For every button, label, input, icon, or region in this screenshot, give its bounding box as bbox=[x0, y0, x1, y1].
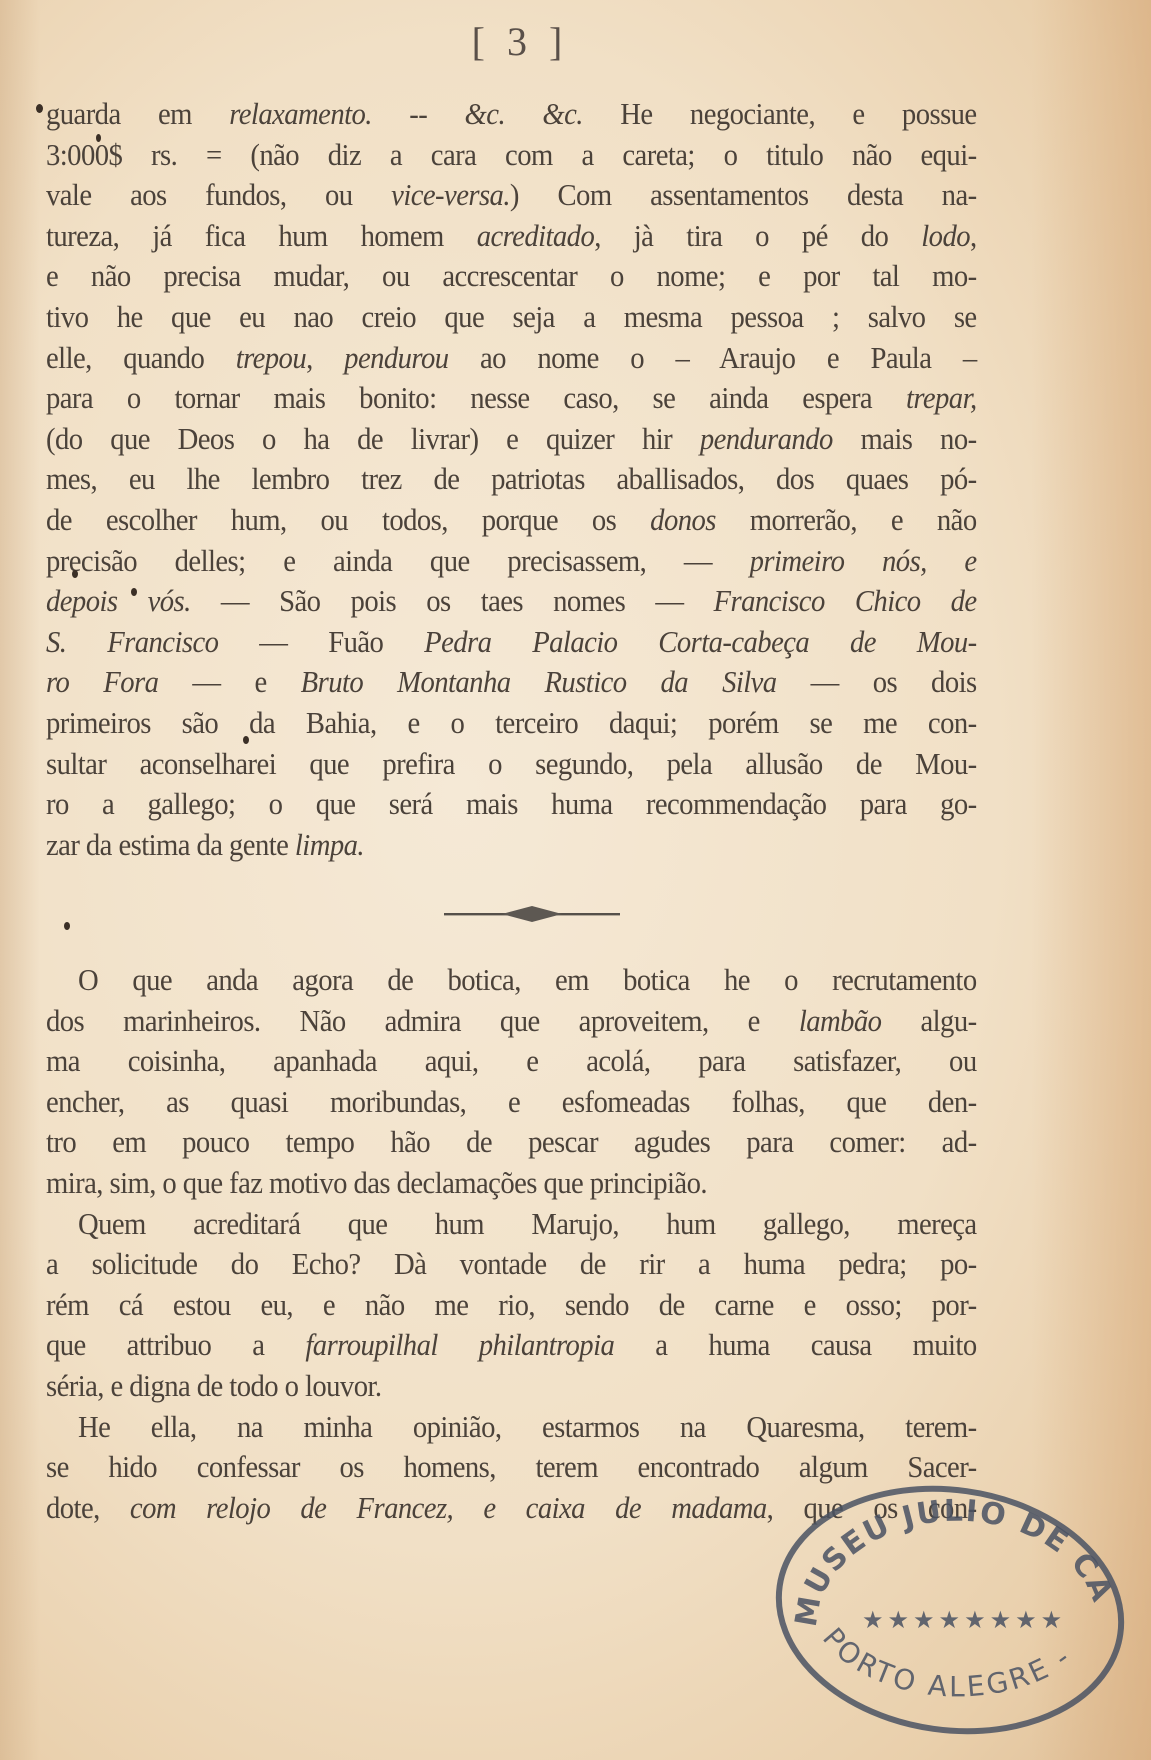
text-line: depois vós. — São pois os taes nomes — F… bbox=[46, 581, 977, 622]
text-run: — os dois bbox=[777, 665, 977, 699]
text-line: precisão delles; e ainda que precisassem… bbox=[46, 541, 977, 582]
italic-text: &c. &c. bbox=[465, 97, 583, 131]
text-run: ) Com assentamentos desta na- bbox=[510, 178, 977, 212]
text-line: rém cá estou eu, e não me rio, sendo de … bbox=[46, 1285, 977, 1326]
italic-text: farroupilhal philantropia bbox=[305, 1328, 614, 1362]
text-run: sultar aconselharei que prefira o segund… bbox=[46, 747, 977, 781]
paper-edge-shading-left bbox=[0, 0, 40, 1760]
text-run: Quem acreditará que hum Marujo, hum gall… bbox=[78, 1207, 977, 1241]
ink-speck bbox=[72, 570, 78, 578]
text-run: mira, sim, o que faz motivo das declamaç… bbox=[46, 1166, 707, 1200]
text-line: de escolher hum, ou todos, porque os don… bbox=[46, 500, 977, 541]
text-run: e não precisa mudar, ou accrescentar o n… bbox=[46, 259, 977, 293]
text-line: mes, eu lhe lembro trez de patriotas aba… bbox=[46, 459, 977, 500]
text-line: primeiros são da Bahia, e o terceiro daq… bbox=[46, 703, 977, 744]
text-line: tivo he que eu nao creio que seja a mesm… bbox=[46, 297, 977, 338]
text-run: de escolher hum, ou todos, porque os bbox=[46, 503, 650, 537]
ink-speck bbox=[243, 736, 249, 744]
text-line: encher, as quasi moribundas, e esfomeada… bbox=[46, 1082, 977, 1123]
italic-text: limpa. bbox=[295, 828, 364, 862]
italic-text: vice-versa. bbox=[391, 178, 510, 212]
text-line: mira, sim, o que faz motivo das declamaç… bbox=[46, 1163, 977, 1204]
text-line: tro em pouco tempo hão de pescar agudes … bbox=[46, 1122, 977, 1163]
text-run: morrerão, e não bbox=[716, 503, 977, 537]
italic-text: depois vós. bbox=[46, 584, 191, 618]
italic-text: pendurando bbox=[700, 422, 833, 456]
text-run: 3:000$ rs. = (não diz a cara com a caret… bbox=[46, 138, 977, 172]
text-run: precisão delles; e ainda que precisassem… bbox=[46, 544, 750, 578]
text-run: para o tornar mais bonito: nesse caso, s… bbox=[46, 381, 906, 415]
italic-text: com relojo de Francez, e caixa de madama bbox=[130, 1491, 767, 1525]
italic-text: Bruto Montanha Rustico da Silva bbox=[301, 665, 777, 699]
text-line: e não precisa mudar, ou accrescentar o n… bbox=[46, 256, 977, 297]
ink-speck bbox=[131, 588, 137, 596]
ink-speck bbox=[96, 134, 101, 142]
text-run: primeiros são da Bahia, e o terceiro daq… bbox=[46, 706, 977, 740]
text-run: — Fuão bbox=[218, 625, 424, 659]
italic-text: ro Fora bbox=[46, 665, 158, 699]
text-run: ro a gallego; o que será mais huma recom… bbox=[46, 787, 977, 821]
text-run: vale aos fundos, ou bbox=[46, 178, 391, 212]
text-run: O que anda agora de botica, em botica he… bbox=[78, 963, 977, 997]
text-run: ao nome o – Araujo e Paula – bbox=[448, 341, 976, 375]
ornamental-divider bbox=[444, 904, 620, 924]
text-line: elle, quando trepou, pendurou ao nome o … bbox=[46, 338, 977, 379]
text-line: Quem acreditará que hum Marujo, hum gall… bbox=[46, 1204, 977, 1245]
text-line: séria, e digna de todo o louvor. bbox=[46, 1366, 977, 1407]
italic-text: lambão bbox=[799, 1004, 882, 1038]
italic-text: trepar, bbox=[906, 381, 977, 415]
text-line: tureza, já fica hum homem acreditado, jà… bbox=[46, 216, 977, 257]
text-line: 3:000$ rs. = (não diz a cara com a caret… bbox=[46, 135, 977, 176]
text-line: guarda em relaxamento. -- &c. &c. He neg… bbox=[46, 94, 977, 135]
italic-text: Francisco Chico de bbox=[714, 584, 977, 618]
text-line: dos marinheiros. Não admira que aproveit… bbox=[46, 1001, 977, 1042]
text-run: a huma causa muito bbox=[614, 1328, 976, 1362]
text-run: , bbox=[970, 219, 977, 253]
text-run: elle, quando bbox=[46, 341, 236, 375]
text-line: (do que Deos o ha de livrar) e quizer hi… bbox=[46, 419, 977, 460]
text-run: — São pois os taes nomes — bbox=[191, 584, 714, 618]
text-line: O que anda agora de botica, em botica he… bbox=[46, 960, 977, 1001]
text-run: zar da estima da gente bbox=[46, 828, 295, 862]
italic-text: primeiro nós, e bbox=[750, 544, 977, 578]
text-line: a solicitude do Echo? Dà vontade de rir … bbox=[46, 1244, 977, 1285]
text-line: sultar aconselharei que prefira o segund… bbox=[46, 744, 977, 785]
text-run: tureza, já fica hum homem bbox=[46, 219, 477, 253]
text-line: que attribuo a farroupilhal philantropia… bbox=[46, 1325, 977, 1366]
text-run: mes, eu lhe lembro trez de patriotas aba… bbox=[46, 462, 977, 496]
italic-text: S. Francisco bbox=[46, 625, 218, 659]
ink-speck bbox=[36, 104, 43, 113]
text-run: rém cá estou eu, e não me rio, sendo de … bbox=[46, 1288, 977, 1322]
text-run: guarda em bbox=[46, 97, 229, 131]
text-line: ro Fora — e Bruto Montanha Rustico da Si… bbox=[46, 662, 977, 703]
text-run: , jà tira o pé do bbox=[594, 219, 921, 253]
text-run: ma coisinha, apanhada aqui, e acolá, par… bbox=[46, 1044, 977, 1078]
italic-text: donos bbox=[650, 503, 716, 537]
ink-speck bbox=[64, 922, 70, 930]
stamp-stars: ★★★★★★★★ bbox=[862, 1606, 1066, 1634]
text-run: He negociante, e possue bbox=[583, 97, 977, 131]
text-run: tro em pouco tempo hão de pescar agudes … bbox=[46, 1125, 977, 1159]
italic-text: acreditado bbox=[477, 219, 595, 253]
text-line: para o tornar mais bonito: nesse caso, s… bbox=[46, 378, 977, 419]
text-line: He ella, na minha opinião, estarmos na Q… bbox=[46, 1407, 977, 1448]
text-run: (do que Deos o ha de livrar) e quizer hi… bbox=[46, 422, 700, 456]
text-run: que attribuo a bbox=[46, 1328, 305, 1362]
text-line: ro a gallego; o que será mais huma recom… bbox=[46, 784, 977, 825]
italic-text: lodo bbox=[921, 219, 970, 253]
text-run: -- bbox=[372, 97, 465, 131]
text-run: tivo he que eu nao creio que seja a mesm… bbox=[46, 300, 977, 334]
page-number: [ 3 ] bbox=[470, 18, 570, 65]
text-line: S. Francisco — Fuão Pedra Palacio Corta-… bbox=[46, 622, 977, 663]
text-run: mais no- bbox=[833, 422, 977, 456]
text-run: He ella, na minha opinião, estarmos na Q… bbox=[78, 1410, 977, 1444]
text-line: ma coisinha, apanhada aqui, e acolá, par… bbox=[46, 1041, 977, 1082]
italic-text: relaxamento. bbox=[229, 97, 372, 131]
text-line: zar da estima da gente limpa. bbox=[46, 825, 977, 866]
text-section-1: guarda em relaxamento. -- &c. &c. He neg… bbox=[46, 94, 977, 865]
text-run: dote, bbox=[46, 1491, 130, 1525]
museum-stamp: MUSEU JULIO DE CASTILHOS ★★★★★★★★ PORTO … bbox=[762, 1478, 1132, 1738]
italic-text: pendurou bbox=[344, 341, 448, 375]
text-run: a solicitude do Echo? Dà vontade de rir … bbox=[46, 1247, 977, 1281]
italic-text: trepou bbox=[236, 341, 306, 375]
italic-text: Pedra Palacio Corta-cabeça de Mou- bbox=[424, 625, 976, 659]
text-run: algu- bbox=[881, 1004, 976, 1038]
text-line: vale aos fundos, ou vice-versa.) Com ass… bbox=[46, 175, 977, 216]
text-run: dos marinheiros. Não admira que aproveit… bbox=[46, 1004, 799, 1038]
text-run: — e bbox=[158, 665, 300, 699]
text-run: , bbox=[306, 341, 344, 375]
text-run: séria, e digna de todo o louvor. bbox=[46, 1369, 381, 1403]
text-section-2: O que anda agora de botica, em botica he… bbox=[46, 960, 977, 1528]
text-run: encher, as quasi moribundas, e esfomeada… bbox=[46, 1085, 977, 1119]
